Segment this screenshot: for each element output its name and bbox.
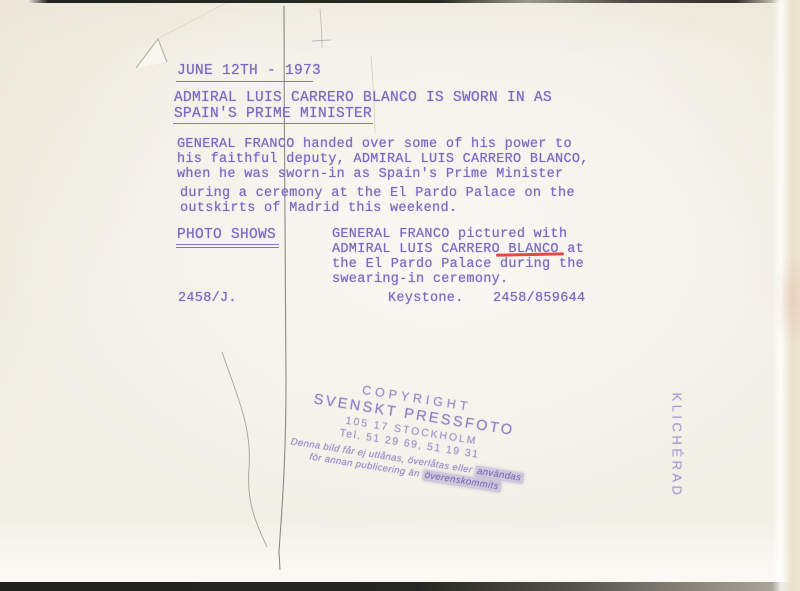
caption-line: swearing-in ceremony. bbox=[332, 272, 508, 287]
body-line: when he was sworn-in as Spain's Prime Mi… bbox=[177, 167, 563, 182]
photo-shows-underline-1 bbox=[176, 244, 279, 245]
photo-shows-underline-2 bbox=[176, 247, 279, 248]
body-line: his faithful deputy, ADMIRAL LUIS CARRER… bbox=[177, 152, 589, 167]
headline-line2: SPAIN'S PRIME MINISTER bbox=[174, 107, 372, 123]
body-line: GENERAL FRANCO handed over some of his p… bbox=[177, 137, 572, 152]
headline-underline bbox=[173, 123, 373, 124]
photo-number: 2458/859644 bbox=[493, 291, 585, 306]
klicherad-stamp: KLICHÉRAD bbox=[670, 383, 685, 509]
agency-credit: Keystone. bbox=[388, 291, 464, 306]
date-underline bbox=[176, 81, 313, 82]
caption-line: GENERAL FRANCO pictured with bbox=[332, 227, 567, 242]
caption-line: the El Pardo Palace during the bbox=[332, 257, 584, 272]
body-line: during a ceremony at the El Pardo Palace… bbox=[180, 186, 575, 201]
body-line: outskirts of Madrid this weekend. bbox=[180, 201, 457, 216]
photo-back-scan: JUNE 12TH - 1973 ADMIRAL LUIS CARRERO BL… bbox=[0, 0, 800, 591]
reference-code: 2458/J. bbox=[178, 291, 237, 306]
headline-line1: ADMIRAL LUIS CARRERO BLANCO IS SWORN IN … bbox=[174, 91, 552, 107]
date-heading: JUNE 12TH - 1973 bbox=[177, 64, 321, 80]
photo-shows-label: PHOTO SHOWS bbox=[177, 228, 276, 244]
